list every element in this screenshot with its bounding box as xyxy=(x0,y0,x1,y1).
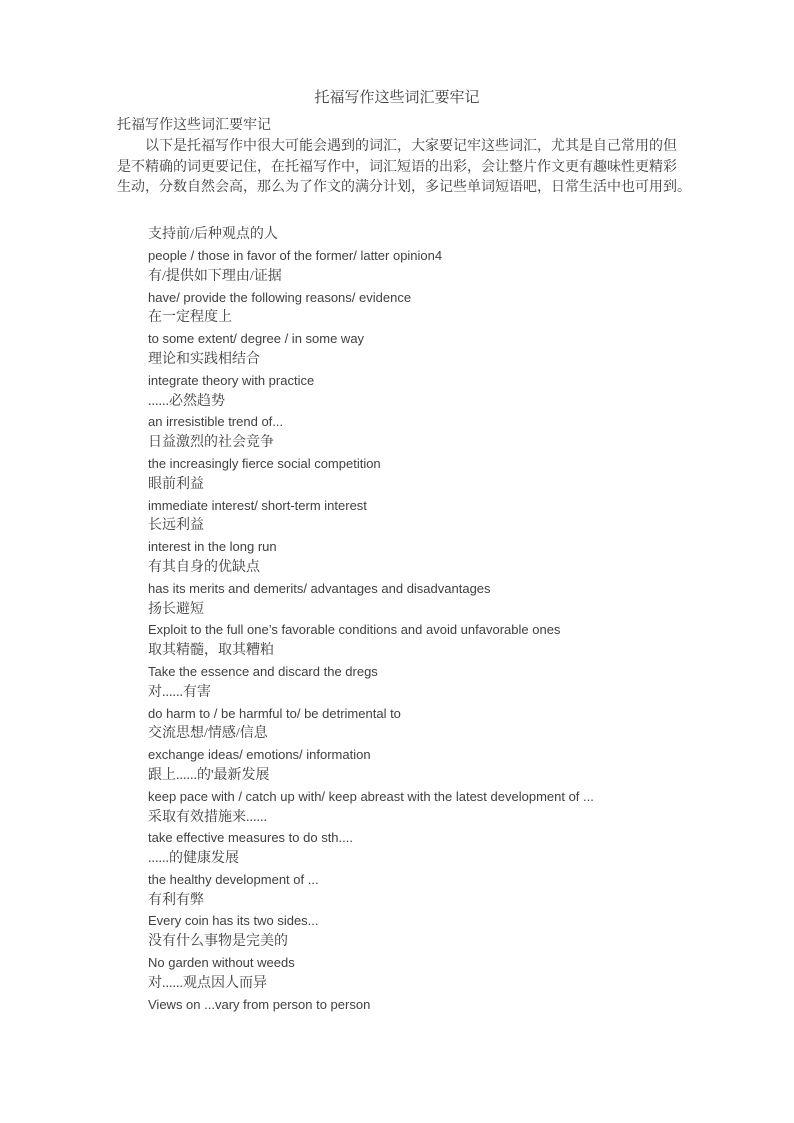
vocab-en-line: interest in the long run xyxy=(148,537,794,558)
vocab-cn-line: 支持前/后种观点的人 xyxy=(148,225,794,246)
vocab-cn-line: 有其自身的优缺点 xyxy=(148,558,794,579)
vocab-cn-line: 日益激烈的社会竞争 xyxy=(148,433,794,454)
vocab-pair: 没有什么事物是完美的 No garden without weeds xyxy=(148,932,794,974)
vocab-cn-line: ......必然趋势 xyxy=(148,392,794,413)
vocab-pair: 长远利益 interest in the long run xyxy=(148,516,794,558)
vocab-en-line: Exploit to the full one’s favorable cond… xyxy=(148,620,794,641)
vocab-cn-line: 眼前利益 xyxy=(148,475,794,496)
vocab-en-line: take effective measures to do sth.... xyxy=(148,828,794,849)
vocab-list: 支持前/后种观点的人 people / those in favor of th… xyxy=(148,225,794,1015)
vocab-pair: 有其自身的优缺点 has its merits and demerits/ ad… xyxy=(148,558,794,600)
vocab-cn-line: 没有什么事物是完美的 xyxy=(148,932,794,953)
vocab-cn-line: 有利有弊 xyxy=(148,891,794,912)
intro-line: 以下是托福写作中很大可能会遇到的词汇，大家要记牢这些词汇，尤其是自己常用的但 xyxy=(117,137,695,158)
vocab-pair: ......的健康发展 the healthy development of .… xyxy=(148,849,794,891)
vocab-pair: 日益激烈的社会竞争 the increasingly fierce social… xyxy=(148,433,794,475)
vocab-pair: 取其精髓，取其糟粕 Take the essence and discard t… xyxy=(148,641,794,683)
vocab-en-line: the healthy development of ... xyxy=(148,870,794,891)
vocab-pair: 有/提供如下理由/证据 have/ provide the following … xyxy=(148,267,794,309)
vocab-en-line: to some extent/ degree / in some way xyxy=(148,329,794,350)
vocab-en-line: have/ provide the following reasons/ evi… xyxy=(148,288,794,309)
vocab-cn-line: 理论和实践相结合 xyxy=(148,350,794,371)
vocab-cn-line: 跟上......的'最新发展 xyxy=(148,766,794,787)
vocab-cn-line: 对......有害 xyxy=(148,683,794,704)
vocab-cn-line: ......的健康发展 xyxy=(148,849,794,870)
vocab-en-line: integrate theory with practice xyxy=(148,371,794,392)
vocab-pair: 扬长避短 Exploit to the full one’s favorable… xyxy=(148,600,794,642)
vocab-pair: 理论和实践相结合 integrate theory with practice xyxy=(148,350,794,392)
vocab-cn-line: 扬长避短 xyxy=(148,600,794,621)
vocab-cn-line: 采取有效措施来...... xyxy=(148,808,794,829)
vocab-pair: 对......有害 do harm to / be harmful to/ be… xyxy=(148,683,794,725)
vocab-cn-line: 取其精髓，取其糟粕 xyxy=(148,641,794,662)
vocab-en-line: No garden without weeds xyxy=(148,953,794,974)
vocab-en-line: the increasingly fierce social competiti… xyxy=(148,454,794,475)
vocab-en-line: keep pace with / catch up with/ keep abr… xyxy=(148,787,794,808)
vocab-en-line: people / those in favor of the former/ l… xyxy=(148,246,794,267)
intro-line: 是不精确的词更要记住，在托福写作中，词汇短语的出彩，会让整片作文更有趣味性更精彩 xyxy=(117,158,695,179)
vocab-pair: 对......观点因人而异 Views on ...vary from pers… xyxy=(148,974,794,1016)
intro-line: 生动，分数自然会高，那么为了作文的满分计划，多记些单词短语吧，日常生活中也可用到… xyxy=(117,178,695,199)
vocab-pair: 有利有弊 Every coin has its two sides... xyxy=(148,891,794,933)
vocab-cn-line: 交流思想/情感/信息 xyxy=(148,724,794,745)
vocab-en-line: Every coin has its two sides... xyxy=(148,911,794,932)
vocab-en-line: immediate interest/ short-term interest xyxy=(148,496,794,517)
document-page: 托福写作这些词汇要牢记 托福写作这些词汇要牢记 以下是托福写作中很大可能会遇到的… xyxy=(0,0,794,1123)
vocab-en-line: do harm to / be harmful to/ be detriment… xyxy=(148,704,794,725)
vocab-en-line: Take the essence and discard the dregs xyxy=(148,662,794,683)
vocab-pair: 交流思想/情感/信息 exchange ideas/ emotions/ inf… xyxy=(148,724,794,766)
vocab-en-line: has its merits and demerits/ advantages … xyxy=(148,579,794,600)
intro-paragraph: 以下是托福写作中很大可能会遇到的词汇，大家要记牢这些词汇，尤其是自己常用的但 是… xyxy=(117,137,695,199)
doc-subtitle: 托福写作这些词汇要牢记 xyxy=(117,116,794,137)
vocab-pair: 支持前/后种观点的人 people / those in favor of th… xyxy=(148,225,794,267)
vocab-en-line: an irresistible trend of... xyxy=(148,412,794,433)
vocab-en-line: Views on ...vary from person to person xyxy=(148,995,794,1016)
vocab-pair: 采取有效措施来...... take effective measures to… xyxy=(148,808,794,850)
vocab-cn-line: 对......观点因人而异 xyxy=(148,974,794,995)
vocab-pair: ......必然趋势 an irresistible trend of... xyxy=(148,392,794,434)
vocab-cn-line: 长远利益 xyxy=(148,516,794,537)
vocab-pair: 跟上......的'最新发展 keep pace with / catch up… xyxy=(148,766,794,808)
vocab-cn-line: 在一定程度上 xyxy=(148,308,794,329)
vocab-pair: 在一定程度上 to some extent/ degree / in some … xyxy=(148,308,794,350)
page-title: 托福写作这些词汇要牢记 xyxy=(0,88,794,109)
vocab-cn-line: 有/提供如下理由/证据 xyxy=(148,267,794,288)
vocab-pair: 眼前利益 immediate interest/ short-term inte… xyxy=(148,475,794,517)
vocab-en-line: exchange ideas/ emotions/ information xyxy=(148,745,794,766)
